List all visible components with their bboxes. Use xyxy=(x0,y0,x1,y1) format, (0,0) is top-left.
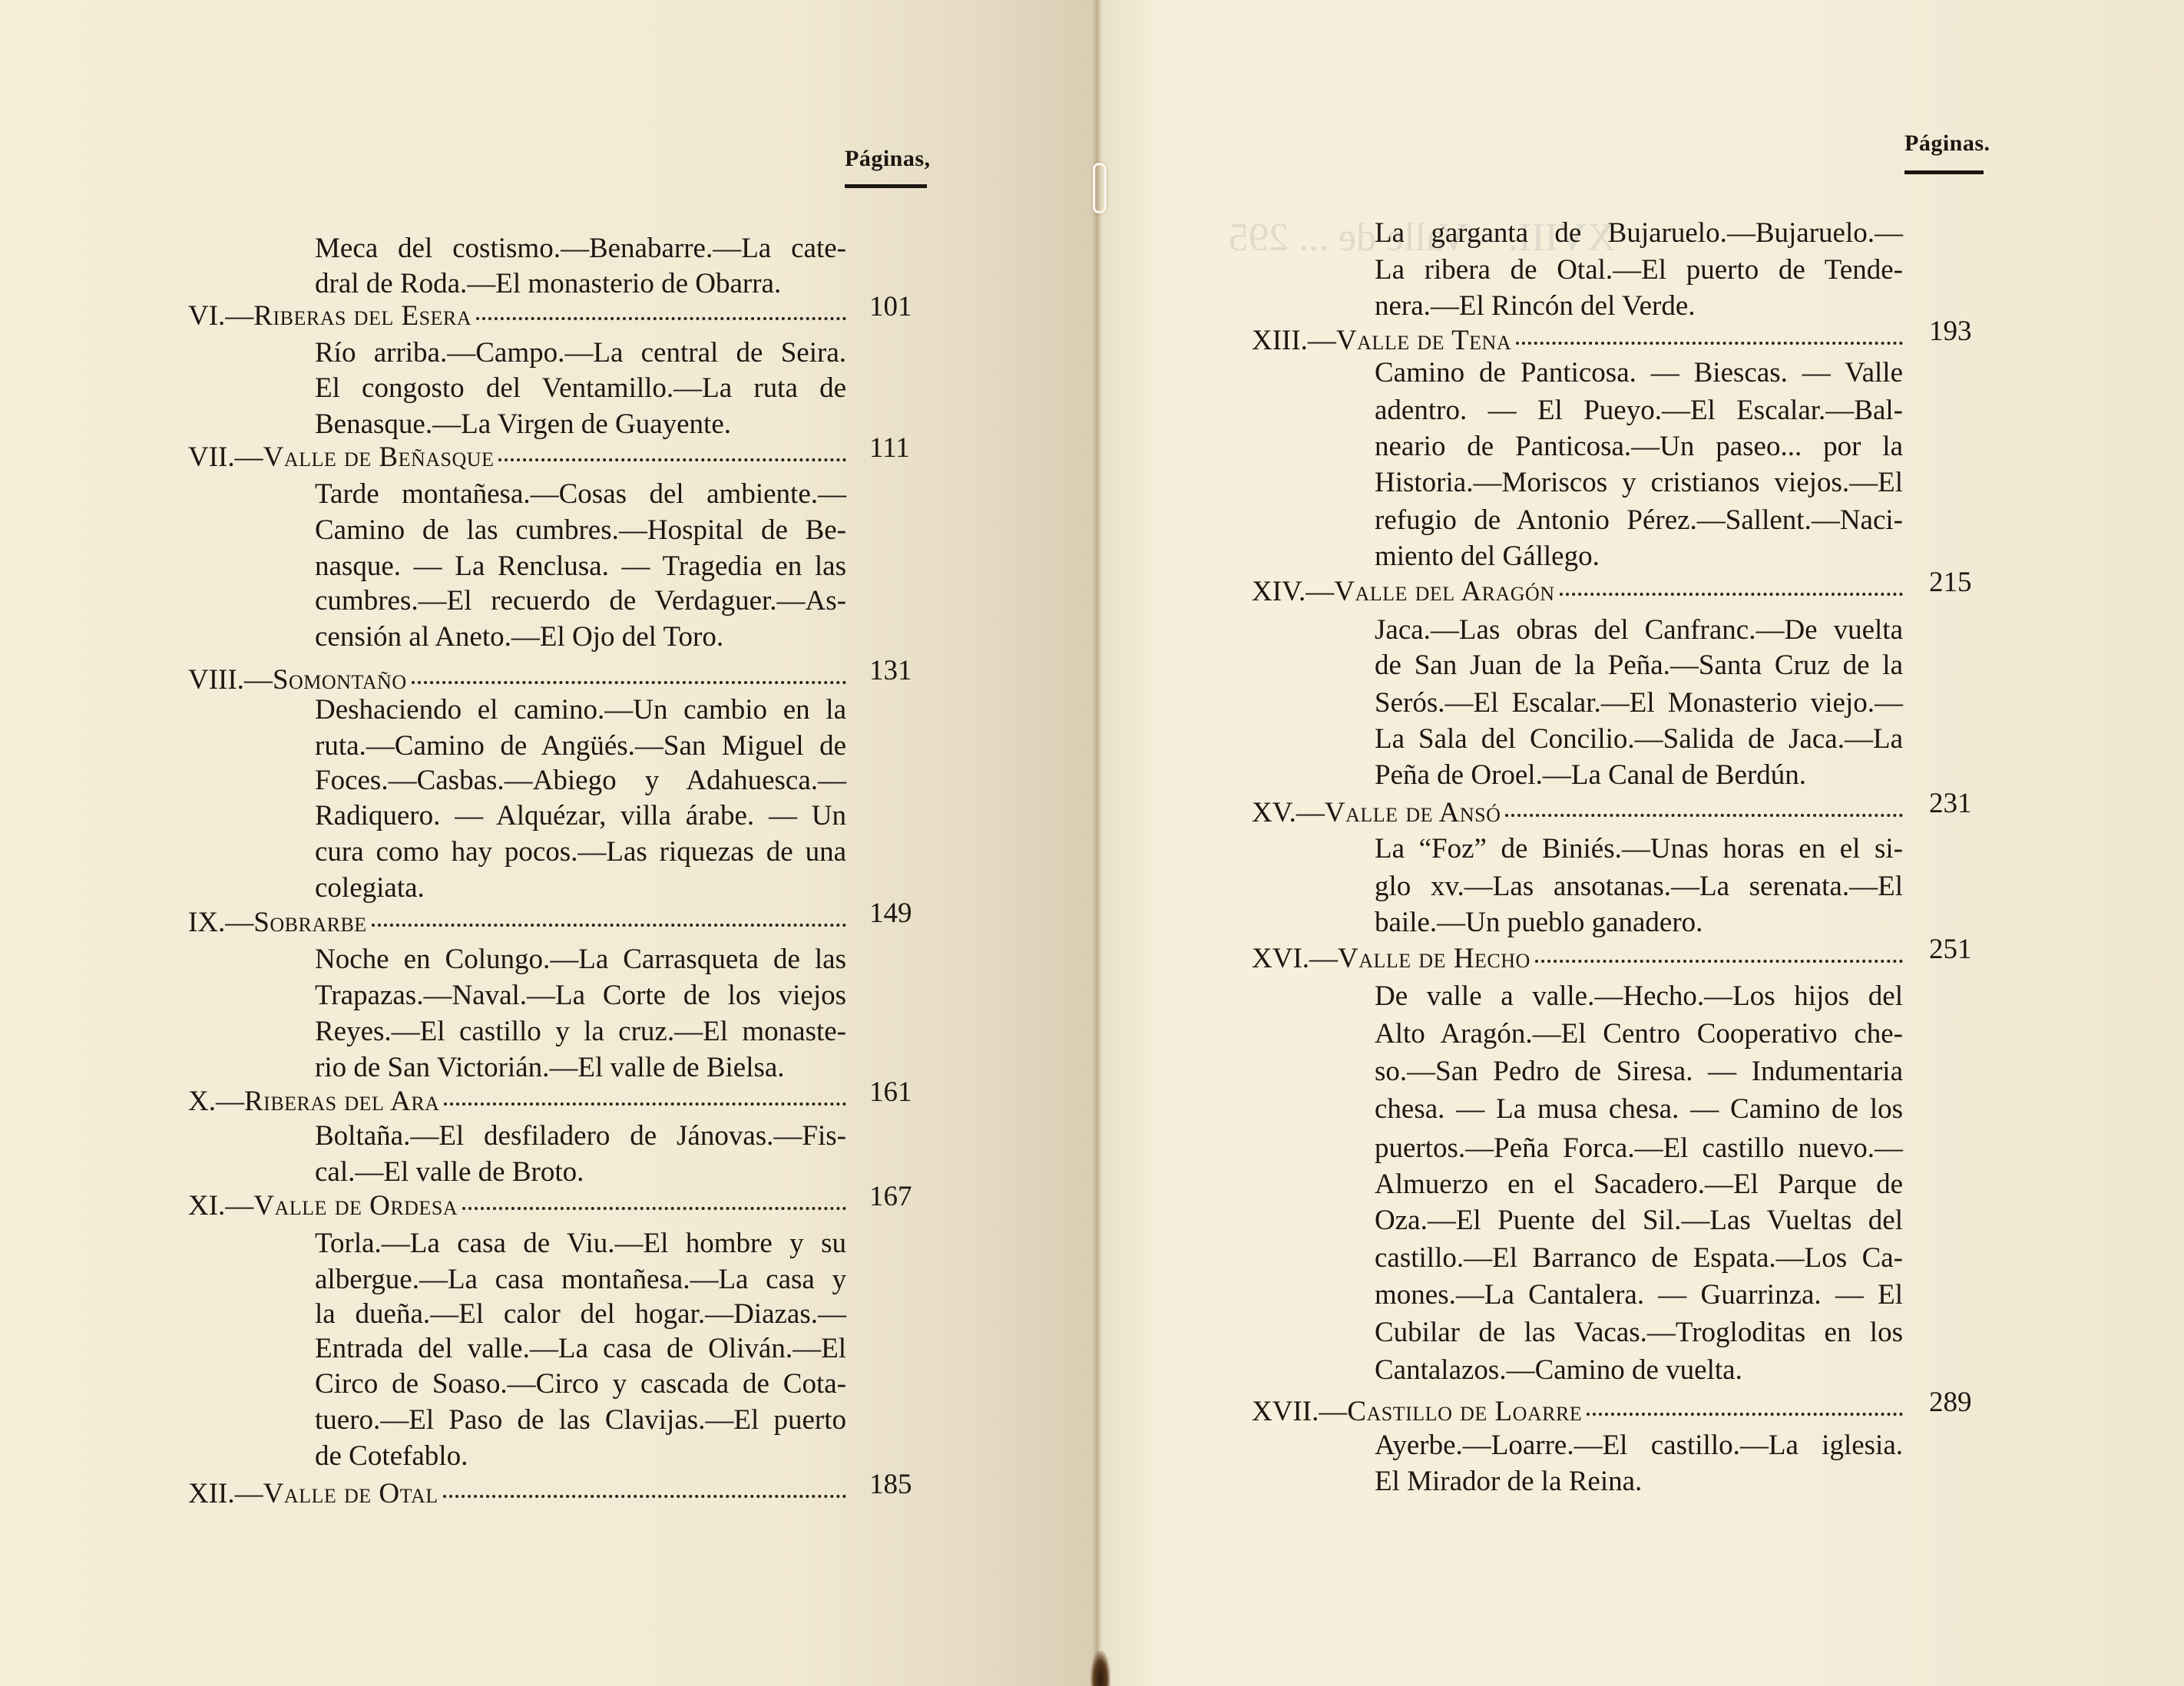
toc-description-line: Almuerzo en el Sacadero.—El Parque de xyxy=(1375,1168,1903,1202)
chapter-page-number: 131 xyxy=(869,654,912,688)
toc-description-line: Reyes.—El castillo y la cruz.—El monaste… xyxy=(315,1015,846,1049)
toc-description-line: glo xv.—Las ansotanas.—La serenata.—El xyxy=(1375,870,1903,904)
chapter-page-number: 167 xyxy=(869,1180,912,1214)
dot-leader xyxy=(462,1207,846,1210)
toc-description-line: mones.—La Cantalera. — Guarrinza. — El xyxy=(1375,1278,1903,1312)
toc-description-line: cumbres.—El recuerdo de Verdaguer.—As- xyxy=(315,584,846,618)
toc-description-line: La ribera de Otal.—El puerto de Tende- xyxy=(1375,253,1903,287)
toc-description-line: cura como hay pocos.—Las riquezas de una xyxy=(315,835,846,869)
toc-chapter-entry: X.—Riberas del Ara xyxy=(188,1085,846,1119)
toc-chapter-entry: XII.—Valle de Otal xyxy=(188,1477,846,1511)
chapter-number: XII.— xyxy=(188,1477,263,1511)
toc-description-line: albergue.—La casa montañesa.—La casa y xyxy=(315,1263,846,1297)
toc-description-line: Camino de Panticosa. — Biescas. — Valle xyxy=(1375,356,1903,390)
toc-description-line: de San Juan de la Peña.—Santa Cruz de la xyxy=(1375,649,1903,683)
dot-leader xyxy=(1587,1413,1903,1416)
toc-description-line: Entrada del valle.—La casa de Oliván.—El xyxy=(315,1332,846,1366)
dot-leader xyxy=(1516,342,1903,345)
chapter-title: Somontaño xyxy=(273,663,407,697)
chapter-page-number: 193 xyxy=(1929,315,1972,349)
toc-description-line: Circo de Soaso.—Circo y cascada de Cota- xyxy=(315,1367,846,1401)
dot-leader xyxy=(1505,814,1903,817)
toc-description-line: miento del Gállego. xyxy=(1375,540,1600,574)
chapter-page-number: 251 xyxy=(1929,933,1972,967)
toc-description-line: chesa. — La musa chesa. — Camino de los xyxy=(1375,1093,1903,1126)
toc-description-line: Alto Aragón.—El Centro Cooperativo che- xyxy=(1375,1017,1903,1051)
chapter-title: Sobrarbe xyxy=(253,906,366,940)
toc-description-line: baile.—Un pueblo ganadero. xyxy=(1375,906,1703,940)
toc-description-line: ruta.—Camino de Angüés.—San Miguel de xyxy=(315,729,846,763)
right-page: XVIII.—Valle de ... 295 Páginas. La garg… xyxy=(1098,0,2184,1686)
toc-chapter-entry: VI.—Riberas del Esera xyxy=(188,299,846,333)
toc-description-line: censión al Aneto.—El Ojo del Toro. xyxy=(315,620,723,654)
toc-chapter-entry: XV.—Valle de Ansó xyxy=(1252,796,1903,830)
dot-leader xyxy=(1560,593,1903,596)
toc-chapter-entry: VIII.—Somontaño xyxy=(188,663,846,697)
chapter-number: XIV.— xyxy=(1252,575,1334,609)
chapter-number: XVI.— xyxy=(1252,942,1338,976)
toc-description-line: Tarde montañesa.—Cosas del ambiente.— xyxy=(315,478,846,511)
toc-chapter-entry: XIV.—Valle del Aragón xyxy=(1252,575,1903,609)
chapter-title: Valle de Otal xyxy=(263,1477,438,1511)
toc-description-line: castillo.—El Barranco de Espata.—Los Ca- xyxy=(1375,1241,1903,1275)
toc-description-line: Benasque.—La Virgen de Guayente. xyxy=(315,408,731,441)
toc-description-line: neario de Panticosa.—Un paseo... por la xyxy=(1375,430,1903,464)
toc-chapter-entry: VII.—Valle de Beñasque xyxy=(188,441,846,474)
toc-description-line: La garganta de Bujaruelo.—Bujaruelo.— xyxy=(1375,217,1903,250)
chapter-page-number: 101 xyxy=(869,290,912,324)
dot-leader xyxy=(372,924,846,927)
toc-description-line: El congosto del Ventamillo.—La ruta de xyxy=(315,372,846,405)
chapter-title: Valle de Hecho xyxy=(1338,942,1530,976)
chapter-page-number: 149 xyxy=(869,897,912,931)
toc-description-line: so.—San Pedro de Siresa. — Indumentaria xyxy=(1375,1055,1903,1089)
chapter-number: X.— xyxy=(188,1085,244,1119)
toc-description-line: colegiata. xyxy=(315,871,425,905)
toc-description-line: de Cotefablo. xyxy=(315,1440,468,1473)
binding-stitch xyxy=(1093,163,1107,213)
toc-description-line: El Mirador de la Reina. xyxy=(1375,1465,1642,1499)
chapter-title: Valle de Ansó xyxy=(1325,796,1501,830)
dot-leader xyxy=(1535,960,1903,963)
toc-description-line: Oza.—El Puente del Sil.—Las Vueltas del xyxy=(1375,1204,1903,1238)
header-rule xyxy=(845,184,927,188)
pages-column-header: Páginas. xyxy=(1904,131,1990,157)
chapter-title: Valle del Aragón xyxy=(1334,575,1554,609)
chapter-page-number: 215 xyxy=(1929,566,1972,600)
toc-description-line: Deshaciendo el camino.—Un cambio en la xyxy=(315,693,846,727)
toc-description-line: Peña de Oroel.—La Canal de Berdún. xyxy=(1375,759,1806,792)
dot-leader xyxy=(444,1103,846,1106)
spine-stain xyxy=(1090,1651,1110,1686)
book-spine xyxy=(1092,0,1103,1686)
pages-column-header: Páginas, xyxy=(845,146,931,172)
chapter-number: VIII.— xyxy=(188,663,273,697)
toc-description-line: dral de Roda.—El monasterio de Obarra. xyxy=(315,267,781,301)
toc-description-line: Río arriba.—Campo.—La central de Seira. xyxy=(315,336,846,370)
chapter-title: Riberas del Esera xyxy=(253,299,472,333)
left-page: Páginas, Meca del costismo.—Benabarre.—L… xyxy=(0,0,1098,1686)
toc-description-line: Torla.—La casa de Viu.—El hombre y su xyxy=(315,1227,846,1261)
header-rule xyxy=(1904,170,1984,174)
book-spread: Páginas, Meca del costismo.—Benabarre.—L… xyxy=(0,0,2184,1686)
toc-chapter-entry: IX.—Sobrarbe xyxy=(188,906,846,940)
chapter-title: Valle de Tena xyxy=(1336,324,1511,358)
toc-description-line: la dueña.—El calor del hogar.—Diazas.— xyxy=(315,1298,846,1331)
toc-description-line: Cubilar de las Vacas.—Trogloditas en los xyxy=(1375,1316,1903,1350)
chapter-page-number: 111 xyxy=(869,431,910,465)
toc-description-line: rio de San Victorián.—El valle de Bielsa… xyxy=(315,1051,785,1085)
toc-description-line: La “Foz” de Biniés.—Unas horas en el si- xyxy=(1375,832,1903,866)
chapter-number: IX.— xyxy=(188,906,253,940)
chapter-number: XVII.— xyxy=(1252,1395,1347,1429)
toc-description-line: puertos.—Peña Forca.—El castillo nuevo.— xyxy=(1375,1132,1903,1165)
toc-description-line: La Sala del Concilio.—Salida de Jaca.—La xyxy=(1375,722,1903,756)
toc-chapter-entry: XVII.—Castillo de Loarre xyxy=(1252,1395,1903,1429)
toc-description-line: refugio de Antonio Pérez.—Sallent.—Naci- xyxy=(1375,504,1903,537)
chapter-page-number: 161 xyxy=(869,1076,912,1109)
toc-description-line: Radiquero. — Alquézar, villa árabe. — Un xyxy=(315,799,846,833)
toc-description-line: Noche en Colungo.—La Carrasqueta de las xyxy=(315,943,846,977)
toc-description-line: Trapazas.—Naval.—La Corte de los viejos xyxy=(315,979,846,1013)
chapter-page-number: 185 xyxy=(869,1468,912,1502)
toc-description-line: Jaca.—Las obras del Canfranc.—De vuelta xyxy=(1375,613,1903,647)
toc-description-line: tuero.—El Paso de las Clavijas.—El puert… xyxy=(315,1403,846,1437)
toc-description-line: Cantalazos.—Camino de vuelta. xyxy=(1375,1354,1742,1387)
dot-leader xyxy=(498,458,846,461)
chapter-title: Castillo de Loarre xyxy=(1347,1395,1582,1429)
toc-description-line: Boltaña.—El desfiladero de Jánovas.—Fis- xyxy=(315,1119,846,1153)
toc-description-line: Meca del costismo.—Benabarre.—La cate- xyxy=(315,232,846,266)
toc-description-line: Historia.—Moriscos y cristianos viejos.—… xyxy=(1375,466,1903,500)
chapter-title: Valle de Ordesa xyxy=(253,1189,458,1223)
toc-chapter-entry: XIII.—Valle de Tena xyxy=(1252,324,1903,358)
toc-description-line: Ayerbe.—Loarre.—El castillo.—La iglesia. xyxy=(1375,1429,1903,1463)
chapter-number: VI.— xyxy=(188,299,253,333)
toc-description-line: De valle a valle.—Hecho.—Los hijos del xyxy=(1375,980,1903,1013)
chapter-title: Valle de Beñasque xyxy=(263,441,495,474)
dot-leader xyxy=(443,1495,846,1498)
chapter-number: XI.— xyxy=(188,1189,253,1223)
chapter-title: Riberas del Ara xyxy=(244,1085,439,1119)
toc-chapter-entry: XI.—Valle de Ordesa xyxy=(188,1189,846,1223)
chapter-number: XV.— xyxy=(1252,796,1325,830)
chapter-page-number: 289 xyxy=(1929,1386,1972,1420)
toc-description-line: nasque. — La Renclusa. — Tragedia en las xyxy=(315,550,846,583)
dot-leader xyxy=(412,681,846,684)
toc-chapter-entry: XVI.—Valle de Hecho xyxy=(1252,942,1903,976)
toc-description-line: nera.—El Rincón del Verde. xyxy=(1375,289,1696,323)
toc-description-line: cal.—El valle de Broto. xyxy=(315,1155,584,1189)
toc-description-line: adentro. — El Pueyo.—El Escalar.—Bal- xyxy=(1375,394,1903,428)
toc-description-line: Foces.—Casbas.—Abiego y Adahuesca.— xyxy=(315,764,846,798)
chapter-number: XIII.— xyxy=(1252,324,1336,358)
chapter-number: VII.— xyxy=(188,441,263,474)
toc-description-line: Serós.—El Escalar.—El Monasterio viejo.— xyxy=(1375,686,1903,720)
toc-description-line: Camino de las cumbres.—Hospital de Be- xyxy=(315,514,846,547)
dot-leader xyxy=(476,317,846,320)
chapter-page-number: 231 xyxy=(1929,787,1972,821)
